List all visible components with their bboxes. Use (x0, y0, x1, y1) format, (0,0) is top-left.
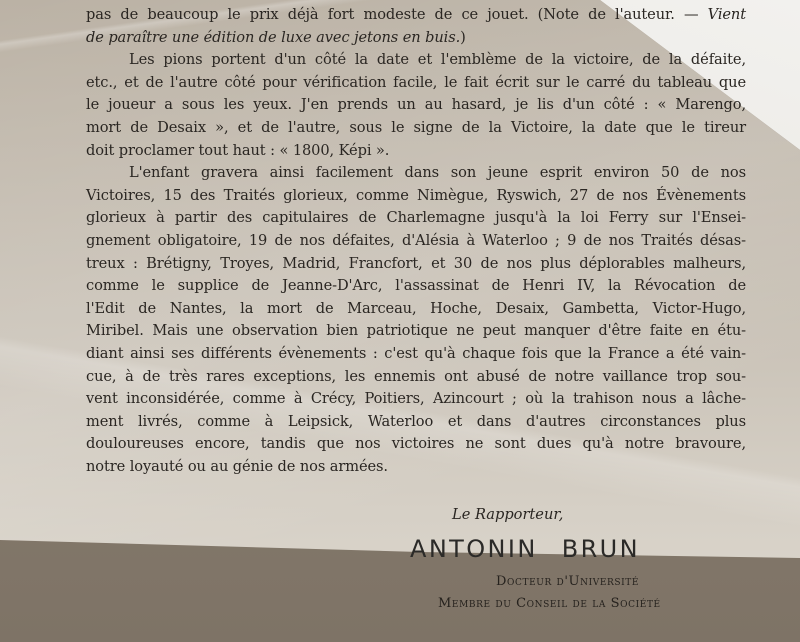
note-italic: de paraître une édition de luxe avec jet… (86, 29, 460, 46)
text-line: comme le supplice de Jeanne-D'Arc, l'ass… (86, 275, 746, 298)
text-line: l'Edit de Nantes, la mort de Marceau, Ho… (86, 298, 746, 321)
text-line: Victoires, 15 des Traités glorieux, comm… (86, 185, 746, 208)
text-line: le joueur a sous les yeux. J'en prends u… (86, 94, 746, 117)
text-line: Miribel. Mais une observation bien patri… (86, 320, 746, 343)
signature-title: Docteur d'Université (496, 574, 639, 589)
text-line: etc., et de l'autre côté pour vérificati… (86, 72, 746, 95)
text-line: gnement obligatoire, 19 de nos défaites,… (86, 230, 746, 253)
signature-title: Membre du Conseil de la Société (438, 596, 661, 611)
signature-name-stamp: ANTONIN BRUN (410, 535, 640, 563)
text-line: vent inconsidérée, comme à Crécy, Poitie… (86, 388, 746, 411)
text-line: notre loyauté ou au génie de nos armées. (86, 456, 746, 479)
text-line: Les pions portent d'un côté la date et l… (86, 49, 746, 72)
report-text: pas de beaucoup le prix déjà fort modest… (86, 4, 746, 478)
text-line: pas de beaucoup le prix déjà fort modest… (86, 4, 746, 27)
text-line: mort de Desaix », et de l'autre, sous le… (86, 117, 746, 140)
note-text: pas de beaucoup le prix déjà fort modest… (86, 6, 708, 23)
text-line: de paraître une édition de luxe avec jet… (86, 27, 746, 50)
signature-label: Le Rapporteur, (452, 506, 563, 523)
text-line: doit proclamer tout haut : « 1800, Képi … (86, 140, 746, 163)
text-line: glorieux à partir des capitulaires de Ch… (86, 207, 746, 230)
text-line: diant ainsi ses différents évènements : … (86, 343, 746, 366)
text-line: ment livrés, comme à Leipsick, Waterloo … (86, 411, 746, 434)
text-line: douloureuses encore, tandis que nos vict… (86, 433, 746, 456)
text-line: L'enfant gravera ainsi facilement dans s… (86, 162, 746, 185)
note-close: ) (460, 29, 466, 46)
text-line: cue, à de très rares exceptions, les enn… (86, 366, 746, 389)
note-italic: Vient (708, 6, 746, 23)
text-line: treux : Brétigny, Troyes, Madrid, Francf… (86, 253, 746, 276)
